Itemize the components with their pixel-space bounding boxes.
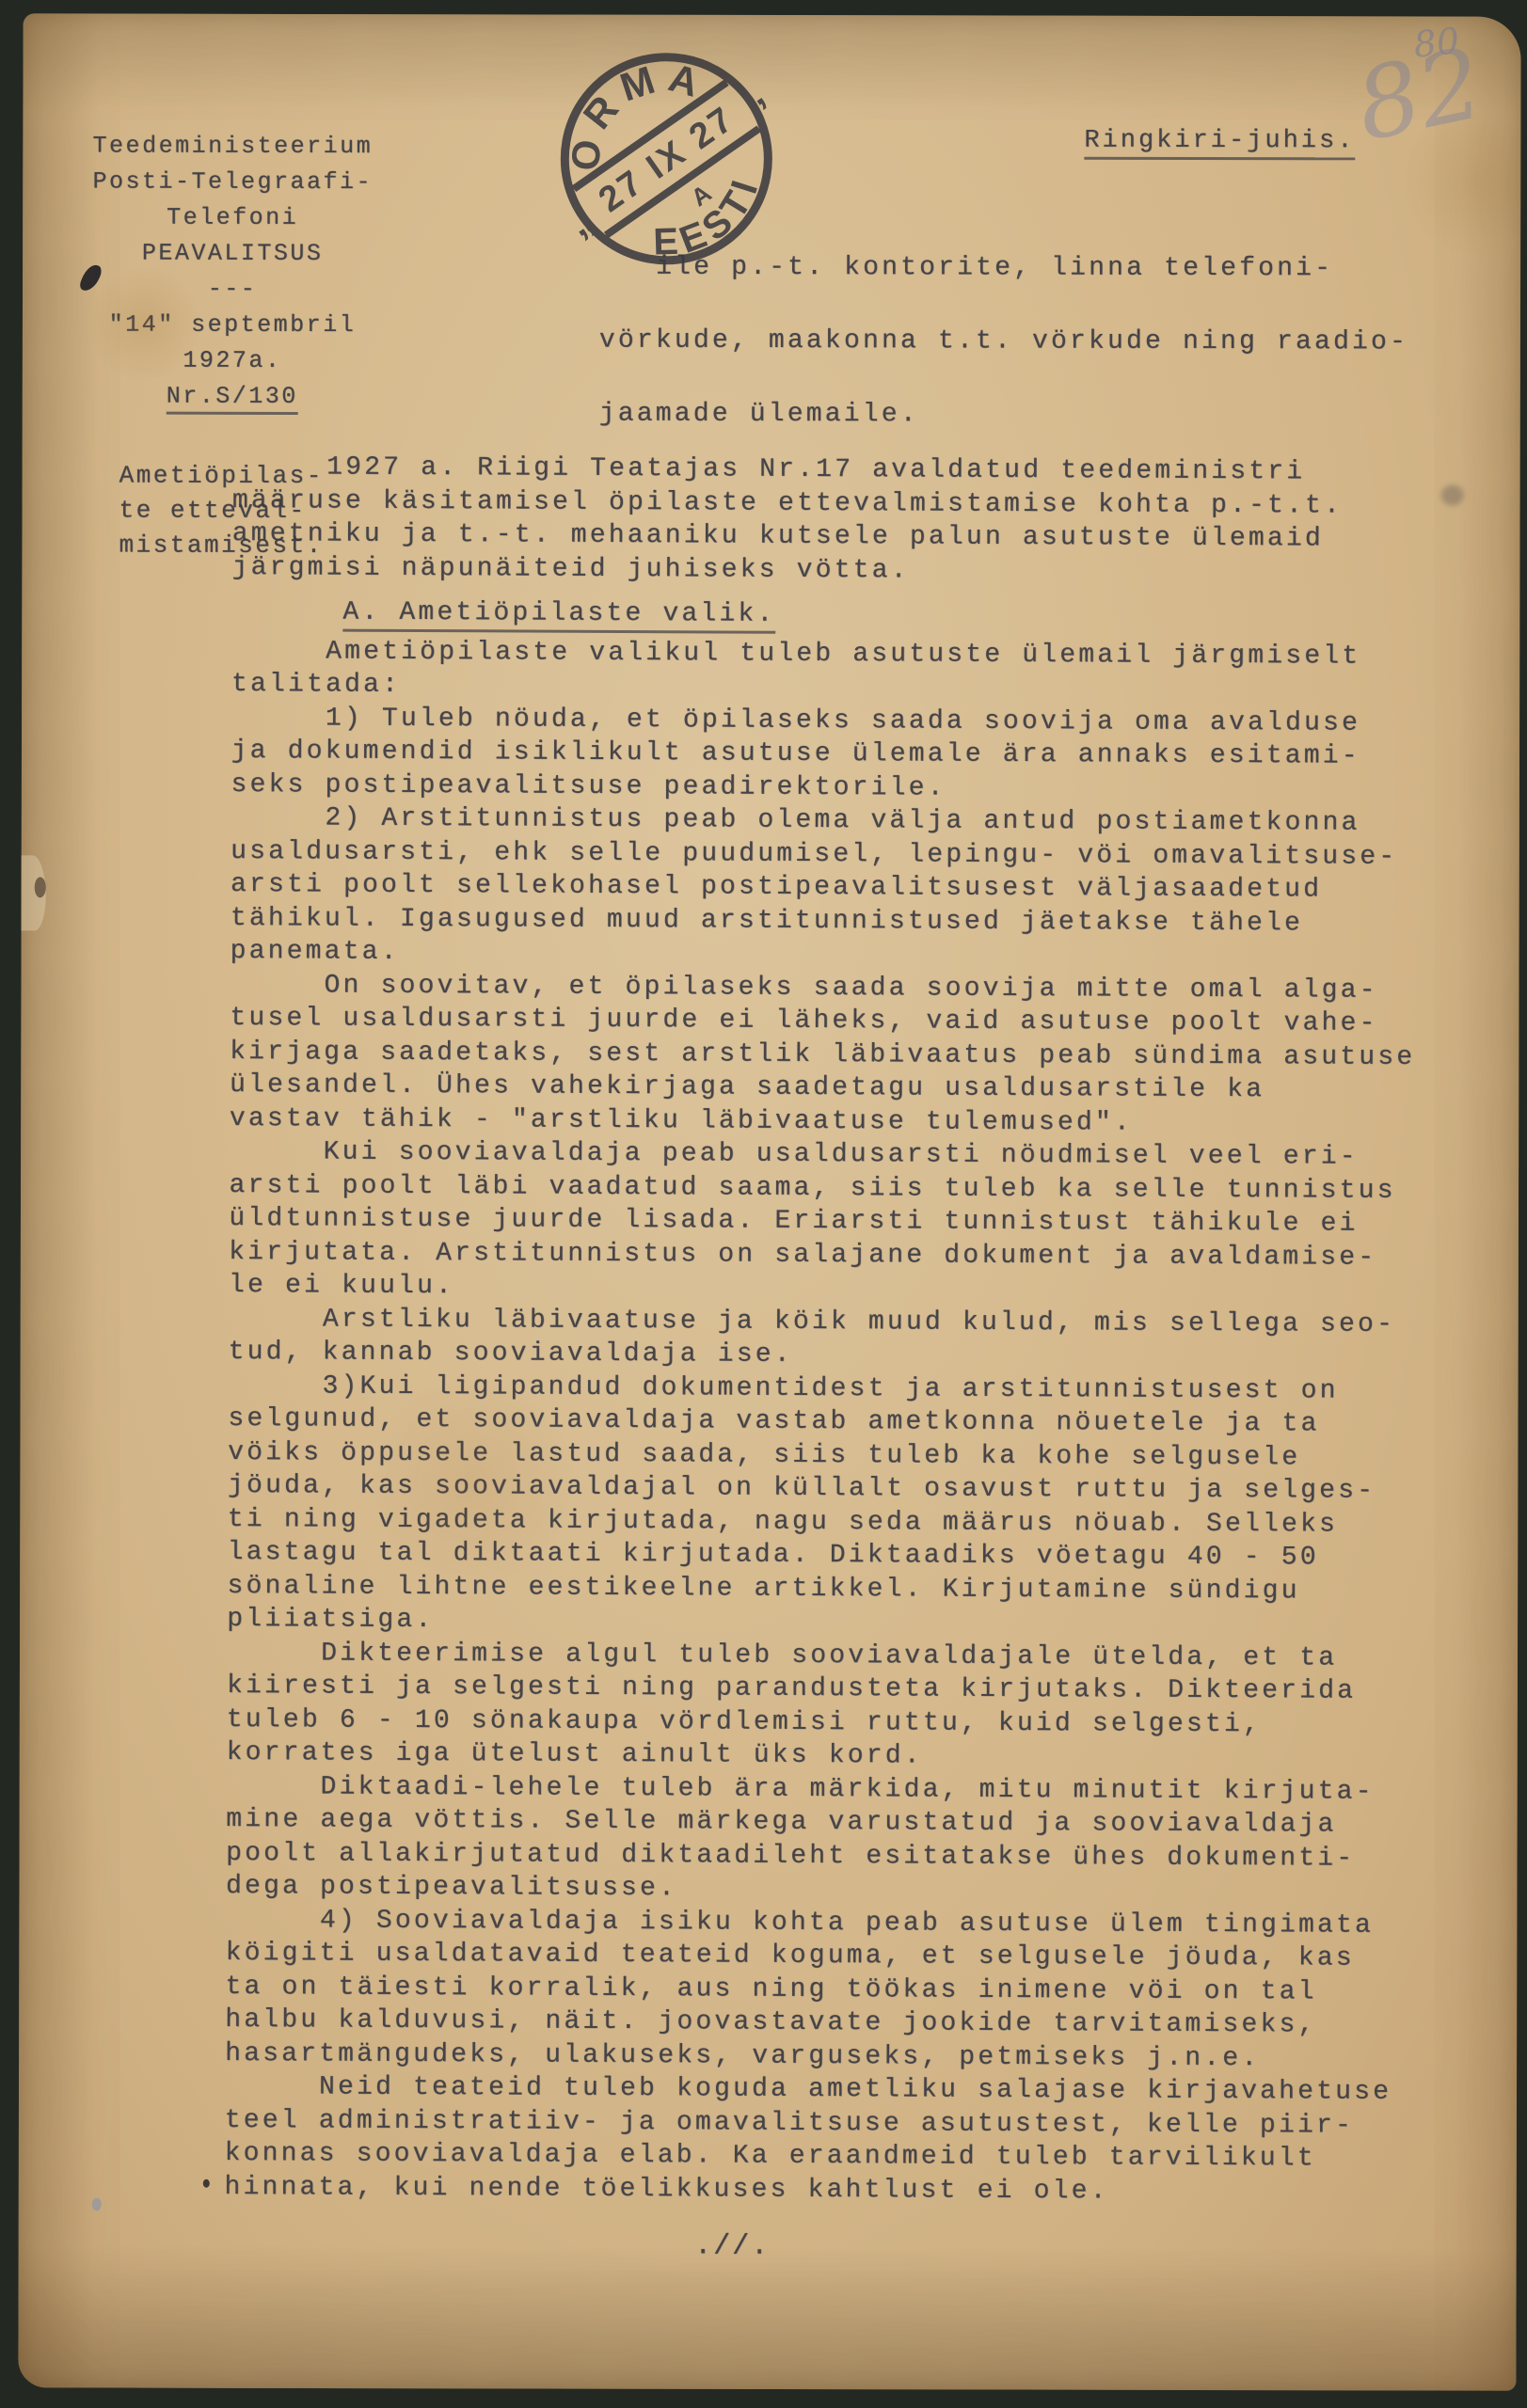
- letterhead-divider: ---: [77, 271, 388, 308]
- postmark-left-mark: „: [559, 198, 600, 246]
- paragraph: 3)Kui ligipandud dokumentidest ja arstit…: [227, 1370, 1479, 1642]
- paragraph: 1) Tuleb nöuda, et öpilaseks saada soovi…: [231, 702, 1482, 808]
- body-text: 1927 a. Riigi Teatajas Nr.17 avaldatud t…: [224, 451, 1484, 2268]
- ink-smudge: [1441, 484, 1464, 505]
- section-heading: A. Ametiöpilaste valik.: [342, 596, 1483, 635]
- blue-speck: [92, 2197, 102, 2210]
- paragraph: Dikteerimise algul tuleb sooviavaldajale…: [227, 1637, 1479, 1776]
- document-photo: 80 82 Teedeministeerium Posti-Telegraafi…: [0, 0, 1527, 2408]
- document-page: 80 82 Teedeministeerium Posti-Telegraafi…: [18, 13, 1520, 2390]
- paragraph: Neid teateid tuleb koguda ametliku salaj…: [224, 2070, 1476, 2210]
- letterhead-org-line3: PEAVALITSUS: [77, 235, 388, 272]
- paragraph: Kui sooviavaldaja peab usaldusarsti nöud…: [229, 1135, 1481, 1308]
- paper-tear-notch: [35, 877, 46, 897]
- paragraph: Diktaadi-lehele tuleb ära märkida, mitu …: [226, 1770, 1478, 1909]
- paragraph: 2) Arstitunnistus peab olema välja antud…: [231, 801, 1483, 974]
- intro-paragraph: 1927 a. Riigi Teatajas Nr.17 avaldatud t…: [232, 451, 1485, 590]
- letterhead-org-line1: Teedeministeerium: [77, 128, 388, 165]
- addressee-block: ile p.-t. kontorite, linna telefoni- vör…: [599, 231, 1484, 453]
- letterhead: Teedeministeerium Posti-Telegraafi-Telef…: [77, 128, 389, 415]
- letterhead-org-line2: Posti-Telegraafi-Telefoni: [77, 164, 388, 236]
- ink-speck: [203, 2179, 210, 2188]
- pencil-annotation-large: 82: [1346, 25, 1492, 164]
- letterhead-number: Nr.S/130: [77, 378, 388, 415]
- page-end-marker: .//.: [694, 2230, 1475, 2267]
- postmark-right-mark: „: [730, 71, 771, 119]
- letterhead-date: "14" septembril 1927a.: [77, 307, 388, 379]
- paragraph: Ametiöpilaste valikul tuleb asutuste üle…: [231, 635, 1483, 707]
- paragraph: Arstliku läbivaatuse ja köik muud kulud,…: [229, 1303, 1480, 1375]
- paragraph: On soovitav, et öpilaseks saada soovija …: [230, 969, 1482, 1142]
- paragraph: 4) Sooviavaldaja isiku kohta peab asutus…: [225, 1904, 1477, 2077]
- document-type-title: Ringkiri-juhis.: [1084, 127, 1355, 156]
